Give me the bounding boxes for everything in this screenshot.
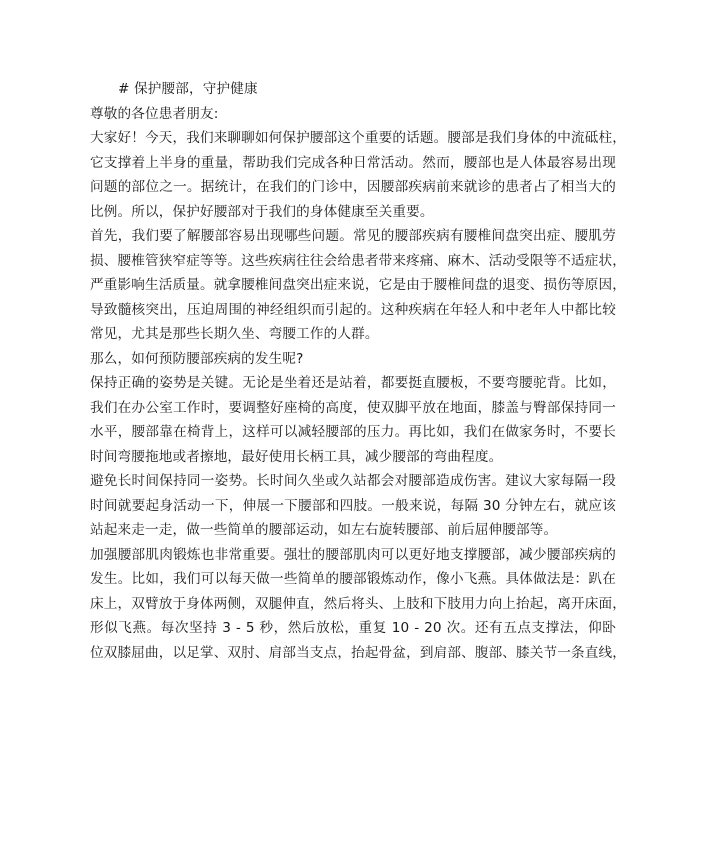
text-line: 大家好！今天，我们来聊聊如何保护腰部这个重要的话题。腰部是我们身体的中流砥柱，	[90, 126, 616, 151]
salutation: 尊敬的各位患者朋友:	[90, 102, 616, 127]
text-line: 时间就要起身活动一下，伸展一下腰部和四肢。一般来说，每隔 30 分钟左右，就应该	[90, 494, 616, 519]
text-line: 我们在办公室工作时，要调整好座椅的高度，使双脚平放在地面，膝盖与臀部保持同一	[90, 396, 616, 421]
text-line: 站起来走一走，做一些简单的腰部运动，如左右旋转腰部、前后屈伸腰部等。	[90, 518, 616, 543]
document-body: 大家好！今天，我们来聊聊如何保护腰部这个重要的话题。腰部是我们身体的中流砥柱，它…	[90, 126, 616, 665]
text-line: 问题的部位之一。据统计，在我们的门诊中，因腰部疾病前来就诊的患者占了相当大的	[90, 175, 616, 200]
text-line: 发生。比如，我们可以每天做一些简单的腰部锻炼动作，像小飞燕。具体做法是：趴在	[90, 567, 616, 592]
text-line: 比例。所以，保护好腰部对于我们的身体健康至关重要。	[90, 200, 616, 225]
text-line: 形似飞燕。每次坚持 3 - 5 秒，然后放松，重复 10 - 20 次。还有五点…	[90, 616, 616, 641]
text-line: 严重影响生活质量。就拿腰椎间盘突出症来说，它是由于腰椎间盘的退变、损伤等原因，	[90, 273, 616, 298]
text-line: 首先，我们要了解腰部容易出现哪些问题。常见的腰部疾病有腰椎间盘突出症、腰肌劳	[90, 224, 616, 249]
text-line: 加强腰部肌肉锻炼也非常重要。强壮的腰部肌肉可以更好地支撑腰部，减少腰部疾病的	[90, 543, 616, 568]
text-line: 床上，双臂放于身体两侧，双腿伸直，然后将头、上肢和下肢用力向上抬起，离开床面，	[90, 592, 616, 617]
text-line: 导致髓核突出，压迫周围的神经组织而引起的。这种疾病在年轻人和中老年人中都比较	[90, 298, 616, 323]
document-page: # 保护腰部，守护健康 尊敬的各位患者朋友: 大家好！今天，我们来聊聊如何保护腰…	[90, 77, 616, 665]
text-line: 水平，腰部靠在椅背上，这样可以减轻腰部的压力。再比如，我们在做家务时，不要长	[90, 420, 616, 445]
text-line: 损、腰椎管狭窄症等等。这些疾病往往会给患者带来疼痛、麻木、活动受限等不适症状，	[90, 249, 616, 274]
text-line: 保持正确的姿势是关键。无论是坐着还是站着，都要挺直腰板，不要弯腰驼背。比如，	[90, 371, 616, 396]
text-line: 时间弯腰拖地或者擦地，最好使用长柄工具，减少腰部的弯曲程度。	[90, 445, 616, 470]
text-line: 常见，尤其是那些长期久坐、弯腰工作的人群。	[90, 322, 616, 347]
text-line: 避免长时间保持同一姿势。长时间久坐或久站都会对腰部造成伤害。建议大家每隔一段	[90, 469, 616, 494]
text-line: 那么，如何预防腰部疾病的发生呢?	[90, 347, 616, 372]
document-title: # 保护腰部，守护健康	[90, 77, 616, 102]
text-line: 它支撑着上半身的重量，帮助我们完成各种日常活动。然而，腰部也是人体最容易出现	[90, 151, 616, 176]
text-line: 位双膝屈曲，以足掌、双肘、肩部当支点，抬起骨盆，到肩部、腹部、膝关节一条直线，	[90, 641, 616, 666]
